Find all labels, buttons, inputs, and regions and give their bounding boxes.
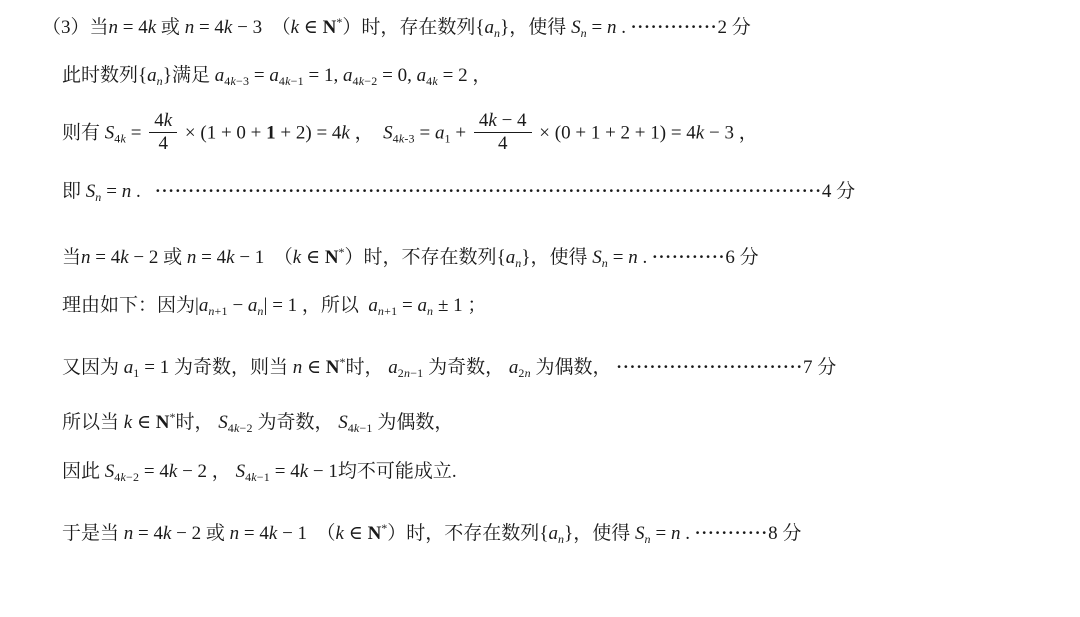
bold-run: N: [323, 17, 337, 38]
math-run: {a: [539, 523, 558, 544]
math-run: n = 4k: [109, 17, 161, 38]
math-run: S: [100, 461, 114, 482]
math-run: n = 4k − 2: [119, 523, 206, 544]
math-run: {a: [497, 247, 516, 268]
math-run: = a: [397, 295, 427, 316]
parity-of-sums: 所以当 k ∈ N*时， S4k−2 为奇数， S4k−1 为偶数，: [62, 404, 453, 441]
text-run: 此时数列: [62, 65, 138, 86]
math-run: }: [500, 17, 509, 38]
text-run: 或: [163, 247, 182, 268]
text-run: 4 分: [822, 181, 855, 202]
math-run: n = 4k − 3: [180, 17, 272, 38]
text-run: 理由如下：因为: [62, 295, 195, 316]
text-run: 7 分: [803, 357, 836, 378]
math-run: k ∈: [119, 412, 156, 433]
subscript: 4k−2: [228, 421, 253, 435]
math-run: a: [368, 295, 378, 316]
bold-run: N: [368, 523, 382, 544]
text-run: ）时，存在数列: [342, 17, 475, 38]
math-run: =: [126, 123, 146, 144]
text-run: 2 分: [717, 17, 750, 38]
math-run: +: [451, 123, 471, 144]
math-run: S: [588, 247, 602, 268]
subscript: 4k−3: [224, 74, 249, 88]
text-run: ，所以: [297, 295, 368, 316]
fraction-numerator: 4k: [149, 110, 177, 132]
math-run: n = 4k − 1: [225, 523, 317, 544]
math-run: |a: [195, 295, 208, 316]
math-run: a: [210, 65, 224, 86]
math-run: a: [119, 357, 133, 378]
fraction: 4k4: [149, 110, 177, 155]
math-run: | = 1: [264, 295, 298, 316]
math-run: S: [81, 181, 95, 202]
subscript: 4k−1: [279, 74, 304, 88]
math-run: = 2: [438, 65, 468, 86]
math-run: = 1, a: [304, 65, 353, 86]
math-run: n ∈: [288, 357, 326, 378]
subscript: 2n−1: [398, 366, 424, 380]
impossible-equalities: 因此 S4k−2 = 4k − 2 ， S4k−1 = 4k − 1均不可能成立…: [62, 459, 457, 490]
math-run: n = 4k − 2: [81, 247, 163, 268]
fraction: 4k − 44: [474, 110, 532, 155]
subscript: 4k: [114, 132, 126, 146]
math-run: S: [214, 412, 228, 433]
math-run: S: [630, 523, 644, 544]
text-run: ；: [463, 295, 487, 316]
text-run: ，: [734, 123, 758, 144]
bold-run: N: [156, 412, 170, 433]
math-run: {a: [475, 17, 494, 38]
step-not-exists: 当n = 4k − 2 或 n = 4k − 1 （k ∈ N*）时，不存在数列…: [62, 239, 759, 276]
math-run: k ∈: [291, 17, 323, 38]
subscript: 4k−1: [348, 421, 373, 435]
dot-leader: ···········: [695, 523, 768, 542]
text-run: ，使得: [573, 523, 630, 544]
text-run: 又因为: [62, 357, 119, 378]
text-run: ）时，不存在数列: [387, 523, 539, 544]
text-run: 满足: [172, 65, 210, 86]
text-run: 为偶数，: [531, 357, 617, 378]
math-run: k ∈: [336, 523, 368, 544]
math-run: S: [383, 123, 393, 144]
text-run: 因此: [62, 461, 100, 482]
math-run: {a: [138, 65, 157, 86]
sequence-definition: 此时数列{an}满足 a4k−3 = a4k−1 = 1, a4k−2 = 0,…: [62, 63, 491, 94]
text-run: （: [274, 247, 293, 268]
text-run: 时，: [176, 412, 214, 433]
dot-leader: ········································…: [155, 181, 822, 200]
text-run: ，使得: [531, 247, 588, 268]
text-run: 所以当: [62, 412, 119, 433]
math-run: }: [564, 523, 573, 544]
subscript: n+1: [208, 304, 227, 318]
solution-text: （3）当n = 4k 或 n = 4k − 3 （k ∈ N*）时，存在数列{a…: [0, 0, 1080, 617]
math-run: S: [566, 17, 580, 38]
parity-of-terms: 又因为 a1 = 1 为奇数，则当 n ∈ N*时， a2n−1 为奇数， a2…: [62, 349, 836, 386]
text-run: .: [131, 181, 155, 202]
math-run: + 2) = 4k: [276, 123, 350, 144]
math-run: a: [509, 357, 519, 378]
fraction-denominator: 4: [474, 132, 532, 155]
math-run: = n: [587, 17, 617, 38]
text-run: （3）当: [42, 17, 109, 38]
math-run: = a: [249, 65, 279, 86]
math-run: }: [521, 247, 530, 268]
math-run: = 4k − 2: [139, 461, 207, 482]
text-run: .: [638, 247, 652, 268]
math-run: × (1 + 0 +: [180, 123, 266, 144]
text-run: 当: [62, 247, 81, 268]
text-run: 为奇数，: [423, 357, 509, 378]
text-run: ，使得: [509, 17, 566, 38]
math-run: = 0, a: [377, 65, 426, 86]
fraction-denominator: 4: [149, 132, 177, 155]
math-run: S: [236, 461, 246, 482]
text-run: ，: [350, 123, 383, 144]
text-run: 则有: [62, 123, 100, 144]
text-run: 或: [206, 523, 225, 544]
dot-leader: ·············: [631, 17, 718, 36]
math-run: = n: [651, 523, 681, 544]
math-run: = n: [101, 181, 131, 202]
subscript: 4k−2: [352, 74, 377, 88]
bold-run: N: [326, 357, 340, 378]
document-page: （3）当n = 4k 或 n = 4k − 3 （k ∈ N*）时，存在数列{a…: [0, 0, 1080, 617]
subscript: n+1: [378, 304, 397, 318]
subscript: 2n: [518, 366, 530, 380]
math-run: S: [100, 123, 114, 144]
sum-formulas: 则有 S4k = 4k4 × (1 + 0 + 1 + 2) = 4k ， S4…: [62, 112, 758, 157]
conclusion-sn-equals-n: 即 Sn = n . ·····························…: [62, 178, 855, 210]
math-run: = n: [608, 247, 638, 268]
subscript: 4k: [426, 74, 438, 88]
dot-leader: ····························: [616, 357, 803, 376]
text-run: ）时，不存在数列: [345, 247, 497, 268]
bold-run: N: [325, 247, 339, 268]
final-conclusion: 于是当 n = 4k − 2 或 n = 4k − 1 （k ∈ N*）时，不存…: [62, 515, 801, 552]
bold-run: 1: [266, 123, 276, 144]
math-run: n = 4k − 1: [182, 247, 274, 268]
text-run: 于是当: [62, 523, 119, 544]
math-run: k ∈: [293, 247, 325, 268]
math-run: ± 1: [433, 295, 462, 316]
text-run: 或: [161, 17, 180, 38]
text-run: .: [616, 17, 630, 38]
math-run: × (0 + 1 + 2 + 1) = 4k − 3: [535, 123, 734, 144]
subscript: 4k-3: [393, 132, 415, 146]
reason-abs-difference: 理由如下：因为|an+1 − an| = 1 ，所以 an+1 = an ± 1…: [62, 293, 486, 324]
math-run: a: [384, 357, 398, 378]
text-run: （: [317, 523, 336, 544]
text-run: 时，: [346, 357, 384, 378]
text-run: ，: [207, 461, 236, 482]
math-run: − a: [228, 295, 258, 316]
text-run: 为奇数，: [253, 412, 339, 433]
text-run: （: [272, 17, 291, 38]
text-run: 即: [62, 181, 81, 202]
math-run: = a: [415, 123, 445, 144]
fraction-numerator: 4k − 4: [474, 110, 532, 132]
dot-leader: ···········: [652, 247, 725, 266]
math-run: = 1: [139, 357, 173, 378]
math-run: = 4k − 1: [270, 461, 338, 482]
math-run: }: [163, 65, 172, 86]
math-run: S: [338, 412, 348, 433]
text-run: 均不可能成立.: [338, 461, 457, 482]
text-run: 为奇数，则当: [174, 357, 288, 378]
text-run: ，: [468, 65, 492, 86]
subscript: 4k−2: [114, 470, 139, 484]
text-run: .: [680, 523, 694, 544]
text-run: 6 分: [725, 247, 758, 268]
text-run: 为偶数，: [373, 412, 454, 433]
text-run: 8 分: [768, 523, 801, 544]
subscript: 4k−1: [245, 470, 270, 484]
step-exists-n-4k: （3）当n = 4k 或 n = 4k − 3 （k ∈ N*）时，存在数列{a…: [42, 9, 751, 46]
